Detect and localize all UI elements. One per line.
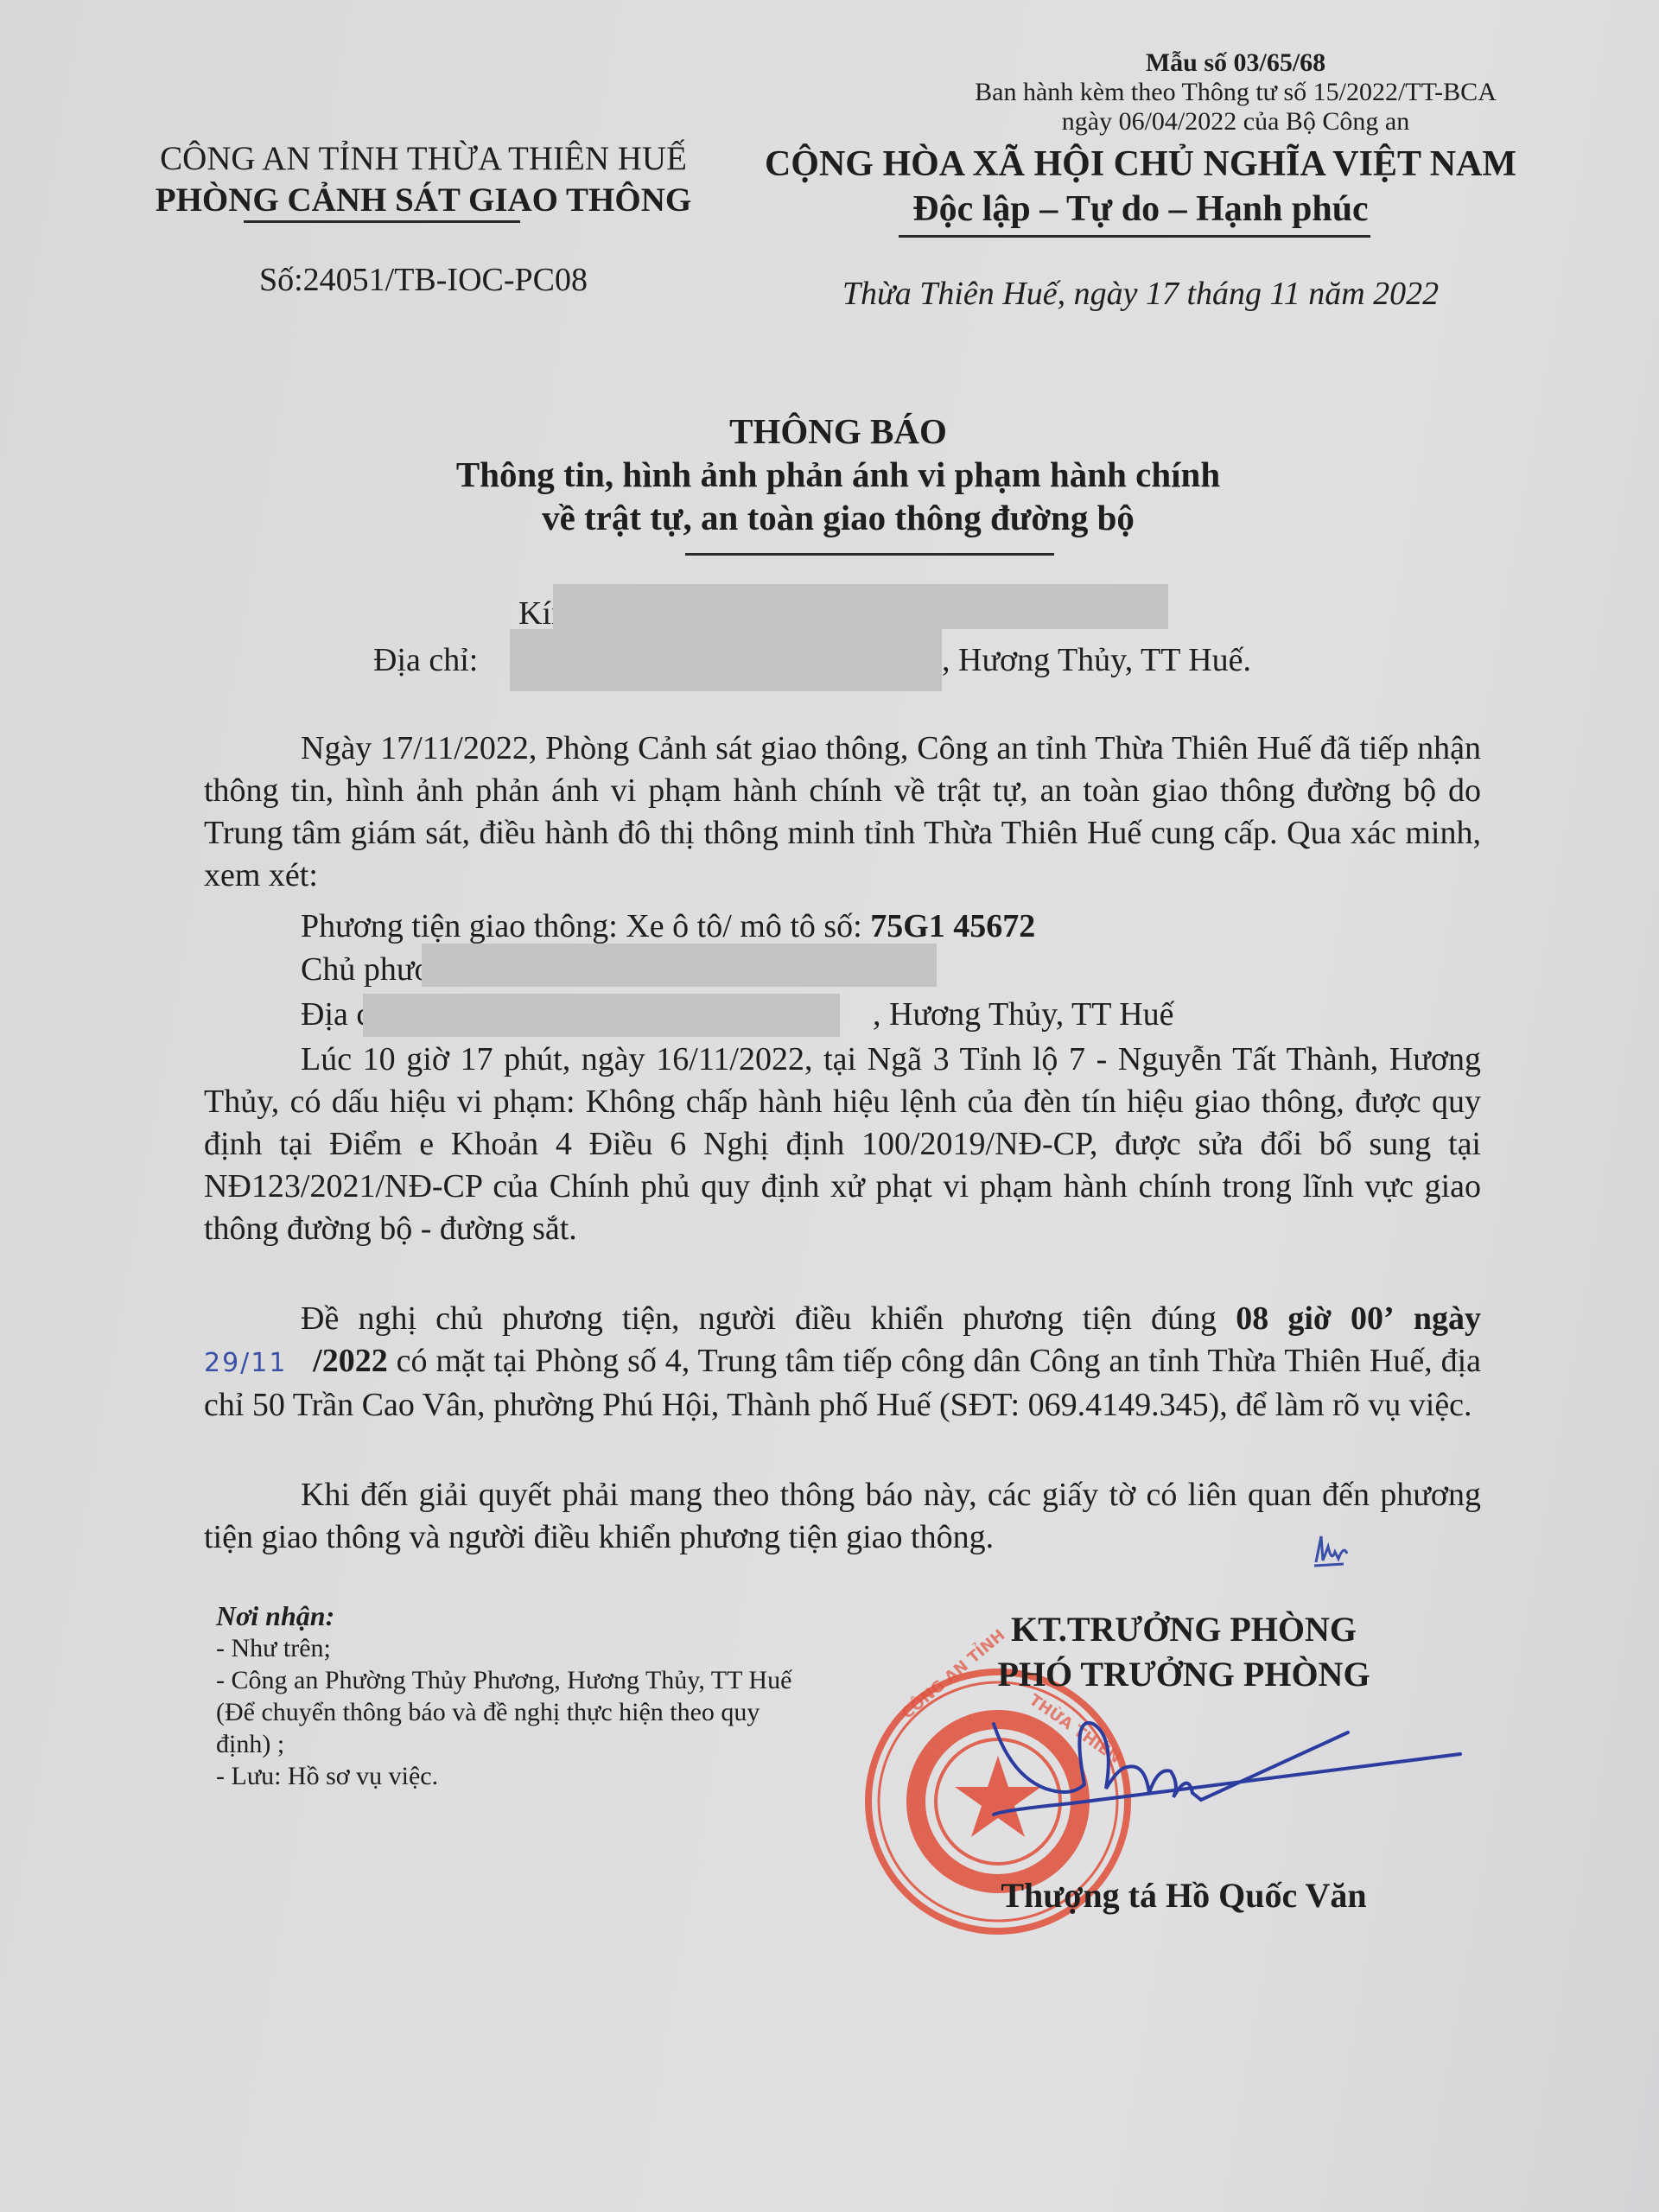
- summons-time: 08 giờ 00’: [1236, 1300, 1395, 1337]
- title-sub-2: về trật tự, an toàn giao thông đường bộ: [259, 496, 1417, 539]
- summons-text-b: có mặt tại Phòng số 4, Trung tâm tiếp cô…: [204, 1343, 1481, 1423]
- owner-address-suffix: , Hương Thủy, TT Huế: [873, 995, 1174, 1033]
- redacted-owner-name: [422, 944, 937, 987]
- signer-name: Thượng tá Hồ Quốc Văn: [899, 1875, 1469, 1916]
- paragraph-documents-text: Khi đến giải quyết phải mang theo thông …: [204, 1477, 1481, 1555]
- recipients-list: Nơi nhận: - Như trên; - Công an Phường T…: [216, 1600, 804, 1792]
- title-main: THÔNG BÁO: [259, 410, 1417, 453]
- title-sub-1: Thông tin, hình ảnh phản ánh vi phạm hàn…: [259, 453, 1417, 496]
- national-header: CỘNG HÒA XÃ HỘI CHỦ NGHĨA VIỆT NAM Độc l…: [743, 142, 1538, 232]
- paragraph-violation-text: Lúc 10 giờ 17 phút, ngày 16/11/2022, tại…: [204, 1041, 1481, 1247]
- redacted-recipient-address: [510, 629, 942, 691]
- paragraph-violation: Lúc 10 giờ 17 phút, ngày 16/11/2022, tại…: [204, 1039, 1481, 1250]
- redacted-recipient-name: [553, 584, 1168, 629]
- recipients-heading: Nơi nhận:: [216, 1600, 804, 1632]
- motto-underline: [899, 235, 1370, 238]
- document-number: Số:24051/TB-IOC-PC08: [112, 261, 734, 299]
- form-issued-date: ngày 06/04/2022 của Bộ Công an: [933, 107, 1538, 137]
- recipient-item: - Như trên;: [216, 1632, 804, 1664]
- recipient-item: - Công an Phường Thủy Phương, Hương Thủy…: [216, 1664, 804, 1760]
- form-number: Mẫu số 03/65/68: [933, 48, 1538, 78]
- vehicle-line: Phương tiện giao thông: Xe ô tô/ mô tô s…: [301, 907, 1035, 945]
- paragraph-summons: Đề nghị chủ phương tiện, người điều khiể…: [204, 1298, 1481, 1427]
- document-title: THÔNG BÁO Thông tin, hình ảnh phản ánh v…: [259, 410, 1417, 539]
- issuer-header: CÔNG AN TỈNH THỪA THIÊN HUẾ PHÒNG CẢNH S…: [112, 138, 734, 221]
- form-issued-with: Ban hành kèm theo Thông tư số 15/2022/TT…: [933, 78, 1538, 107]
- paragraph-intro-text: Ngày 17/11/2022, Phòng Cảnh sát giao thô…: [204, 730, 1481, 893]
- summons-year: /2022: [313, 1343, 388, 1379]
- place-date: Thừa Thiên Huế, ngày 17 tháng 11 năm 202…: [743, 275, 1538, 313]
- issuer-underline: [244, 220, 520, 223]
- handwritten-date: 29/11: [204, 1348, 287, 1378]
- handwritten-signature: [942, 1707, 1478, 1845]
- title-underline: [685, 553, 1054, 556]
- redacted-owner-address: [363, 994, 840, 1037]
- initials-mark: [1309, 1528, 1361, 1571]
- recipient-item: - Lưu: Hồ sơ vụ việc.: [216, 1760, 804, 1792]
- national-motto: Độc lập – Tự do – Hạnh phúc: [743, 187, 1538, 232]
- document-page: Mẫu số 03/65/68 Ban hành kèm theo Thông …: [0, 0, 1659, 2212]
- signature-title-1: KT.TRƯỞNG PHÒNG: [899, 1607, 1469, 1652]
- form-reference: Mẫu số 03/65/68 Ban hành kèm theo Thông …: [933, 48, 1538, 137]
- license-plate: 75G1 45672: [870, 908, 1035, 944]
- summons-text-a: Đề nghị chủ phương tiện, người điều khiể…: [301, 1300, 1236, 1337]
- recipient-address-suffix: , Hương Thủy, TT Huế.: [942, 641, 1251, 679]
- country-name: CỘNG HÒA XÃ HỘI CHỦ NGHĨA VIỆT NAM: [743, 142, 1538, 187]
- recipient-address-label: Địa chỉ:: [373, 641, 478, 679]
- issuer-agency: CÔNG AN TỈNH THỪA THIÊN HUẾ: [112, 138, 734, 180]
- signature-title-2: PHÓ TRƯỞNG PHÒNG: [899, 1652, 1469, 1697]
- signature-title: KT.TRƯỞNG PHÒNG PHÓ TRƯỞNG PHÒNG: [899, 1607, 1469, 1697]
- paragraph-documents: Khi đến giải quyết phải mang theo thông …: [204, 1474, 1481, 1559]
- paragraph-intro: Ngày 17/11/2022, Phòng Cảnh sát giao thô…: [204, 728, 1481, 897]
- issuer-department: PHÒNG CẢNH SÁT GIAO THÔNG: [112, 180, 734, 221]
- summons-day-label: ngày: [1414, 1300, 1481, 1337]
- vehicle-label: Phương tiện giao thông: Xe ô tô/ mô tô s…: [301, 908, 870, 944]
